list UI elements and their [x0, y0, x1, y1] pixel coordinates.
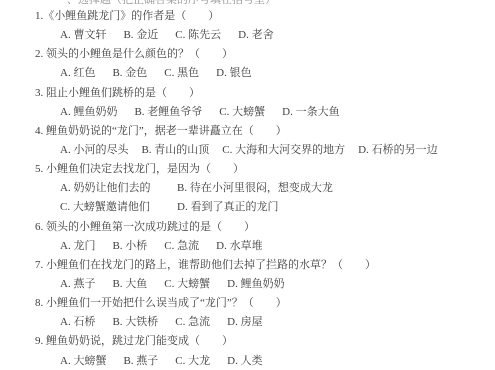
option: C. 黑色 [164, 64, 199, 83]
question-text: 5. 小鲤鱼们决定去找龙门，是因为（ ） [35, 160, 495, 179]
option: A. 石桥 [60, 313, 95, 332]
question-text: 4. 鲤鱼奶奶说的“龙门”，据老一辈讲矗立在（ ） [35, 122, 495, 141]
option: B. 大铁桥 [112, 313, 158, 332]
option: C. 大螃蟹 [164, 275, 210, 294]
option: C. 陈先云 [175, 26, 221, 45]
question-text: 6. 领头的小鲤鱼第一次成功跳过的是（ ） [35, 218, 495, 237]
option-row: A. 龙门 B. 小桥 C. 急流 D. 水草堆 [60, 237, 495, 256]
option: D. 水草堆 [216, 237, 262, 256]
option: A. 小河的尽头 [60, 141, 128, 160]
option: B. 老鲤鱼爷爷 [134, 103, 202, 122]
option: C. 急流 [164, 237, 199, 256]
option: D. 石桥的另一边 [358, 141, 437, 160]
option: B. 小桥 [112, 237, 147, 256]
option-row: A. 奶奶让他们去的 B. 待在小河里很闷，想变成大龙 [60, 179, 495, 198]
question-text: 1.《小鲤鱼跳龙门》的作者是（ ） [35, 7, 495, 26]
option-row: A. 小河的尽头 B. 青山的山顶 C. 大海和大河交界的地方 D. 石桥的另一… [60, 141, 495, 160]
option-row: A. 石桥 B. 大铁桥 C. 急流 D. 房屋 [60, 313, 495, 332]
clipped-section-heading-text: 一、选择题（把正确答案的序号填在括号里） [56, 0, 276, 4]
option: B. 大鱼 [112, 275, 147, 294]
option: B. 青山的山顶 [141, 141, 209, 160]
question-text: 9. 鲤鱼奶奶说，跳过龙门能变成（ ） [35, 332, 495, 351]
option: D. 人类 [227, 352, 262, 370]
quiz-content: 1.《小鲤鱼跳龙门》的作者是（ ） A. 曹文轩 B. 金近 C. 陈先云 D.… [35, 7, 495, 370]
option: D. 银色 [216, 64, 251, 83]
option: A. 大螃蟹 [60, 352, 106, 370]
option: C. 大海和大河交界的地方 [222, 141, 345, 160]
option: A. 红色 [60, 64, 95, 83]
option: C. 大龙 [175, 352, 210, 370]
option-row: A. 燕子 B. 大鱼 C. 大螃蟹 D. 鲤鱼奶奶 [60, 275, 495, 294]
option: B. 燕子 [123, 352, 158, 370]
option-row: A. 大螃蟹 B. 燕子 C. 大龙 D. 人类 [60, 352, 495, 370]
option-row: A. 红色 B. 金色 C. 黑色 D. 银色 [60, 64, 495, 83]
option: D. 一条大鱼 [282, 103, 339, 122]
option: B. 金近 [123, 26, 158, 45]
option: B. 待在小河里很闷，想变成大龙 [177, 179, 333, 198]
option: A. 奶奶让他们去的 [60, 179, 163, 198]
option: D. 房屋 [227, 313, 262, 332]
option: B. 金色 [112, 64, 147, 83]
option: A. 曹文轩 [60, 26, 106, 45]
question-text: 8. 小鲤鱼们一开始把什么误当成了“龙门”？（ ） [35, 294, 495, 313]
option: A. 燕子 [60, 275, 95, 294]
option: C. 大螃蟹邀请他们 [60, 198, 163, 217]
option: A. 龙门 [60, 237, 95, 256]
question-text: 3. 阻止小鲤鱼们跳桥的是（ ） [35, 84, 495, 103]
option-row: C. 大螃蟹邀请他们 D. 看到了真正的龙门 [60, 198, 495, 217]
question-text: 2. 领头的小鲤鱼是什么颜色的？（ ） [35, 45, 495, 64]
option: D. 老舍 [238, 26, 273, 45]
clipped-section-heading: 一、选择题（把正确答案的序号填在括号里） [56, 0, 276, 4]
question-text: 7. 小鲤鱼们在找龙门的路上，谁帮助他们去掉了拦路的水草？（ ） [35, 256, 495, 275]
option: D. 鲤鱼奶奶 [227, 275, 284, 294]
option: C. 急流 [175, 313, 210, 332]
option-row: A. 鲤鱼奶奶 B. 老鲤鱼爷爷 C. 大螃蟹 D. 一条大鱼 [60, 103, 495, 122]
option: D. 看到了真正的龙门 [177, 198, 278, 217]
option: A. 鲤鱼奶奶 [60, 103, 117, 122]
document-page: 一、选择题（把正确答案的序号填在括号里） 1.《小鲤鱼跳龙门》的作者是（ ） A… [0, 0, 495, 370]
option: C. 大螃蟹 [219, 103, 265, 122]
option-row: A. 曹文轩 B. 金近 C. 陈先云 D. 老舍 [60, 26, 495, 45]
